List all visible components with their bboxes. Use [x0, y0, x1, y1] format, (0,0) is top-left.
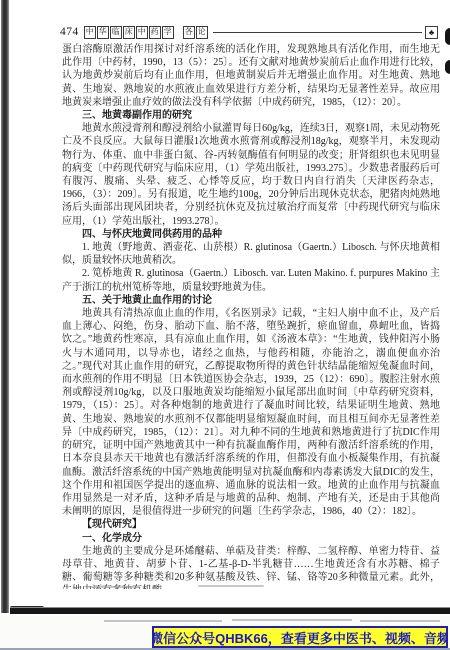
scanned-book-page: 474 中华临床中药学 各论 ♣ 蛋白溶酶原激活作用探讨对纤溶系统的活化作用，发…: [0, 0, 450, 650]
scan-smudge: [104, 620, 222, 622]
scan-smudge: [88, 586, 140, 588]
wechat-promo-banner-text: 微信公众号QHBK66，查看更多中医书、视频、音频: [152, 628, 448, 647]
section-heading: 三、地黄毒副作用的研究: [62, 109, 440, 122]
section-heading: 【现代研究】: [62, 518, 440, 531]
page-number: 474: [60, 26, 79, 38]
body-paragraph: 1. 地黄（野地黄、酒壶花、山菸根）R. glutinosa（Gaertn.）L…: [62, 241, 440, 267]
scan-smudge: [232, 619, 352, 621]
scan-edge-mark: [445, 60, 450, 74]
scan-edge-mark: [445, 28, 450, 45]
page-bottom-edge: [10, 608, 450, 614]
scan-smudge: [198, 585, 264, 587]
section-heading: 四、与怀庆地黄同供药用的品种: [62, 228, 440, 241]
section-title-boxes: 各论: [183, 26, 209, 39]
header-corner-ornament-icon: ♣: [425, 26, 438, 39]
book-title-boxes: 中华临床中药学: [84, 26, 175, 39]
body-paragraph: 蛋白溶酶原激活作用探讨对纤溶系统的活化作用，发现熟地具有活化作用，而生地无此作用…: [62, 43, 440, 109]
body-paragraph: 2. 笕桥地黄 R. glutinosa（Gaertn.）Libosch. va…: [62, 267, 440, 293]
boxed-character: 各: [183, 26, 195, 39]
body-paragraph: 生地黄的主要成分是环烯醚萜、单萜及苷类：梓醇、二氢梓醇、单密力特苷、益母草苷、地…: [62, 545, 440, 589]
boxed-character: 药: [149, 26, 161, 39]
boxed-character: 论: [196, 26, 208, 39]
scan-smudge: [360, 620, 440, 622]
body-paragraph: 地黄水煎浸膏剂和醇浸剂给小鼠灌胃每日60g/kg，连续3日，观察1周，未见动物死…: [62, 122, 440, 228]
boxed-character: 学: [162, 26, 174, 39]
boxed-character: 临: [110, 26, 122, 39]
boxed-character: 华: [97, 26, 109, 39]
book-spine-shadow: [1, 0, 9, 613]
boxed-character: 中: [84, 26, 96, 39]
header-rule: [213, 32, 422, 33]
wechat-promo-banner: 微信公众号QHBK66，查看更多中医书、视频、音频: [152, 626, 448, 648]
body-paragraph: 地黄具有清热凉血止血的作用，《名医别录》记载，“主妇人崩中血不止，及产后血上薄心…: [62, 307, 440, 518]
section-heading: 五、关于地黄止血作用的讨论: [62, 294, 440, 307]
section-heading: 一、化学成分: [62, 532, 440, 545]
page-header: 474 中华临床中药学 各论 ♣: [60, 25, 438, 39]
boxed-character: 中: [136, 26, 148, 39]
boxed-character: 床: [123, 26, 135, 39]
page-body: 蛋白溶酶原激活作用探讨对纤溶系统的活化作用，发现熟地具有活化作用，而生地无此作用…: [62, 43, 440, 589]
